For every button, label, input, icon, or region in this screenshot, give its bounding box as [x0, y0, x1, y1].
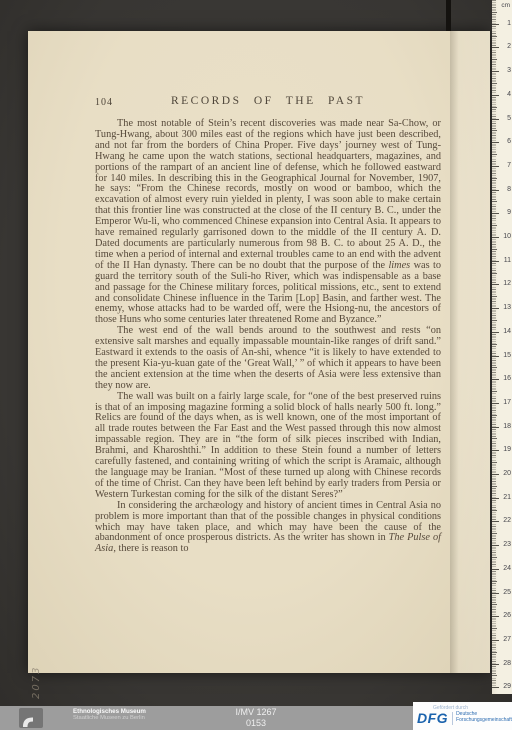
dfg-wordmark-row: DFG Deutsche Forschungsgemeinschaft	[417, 710, 512, 726]
ruler-cm-tick	[492, 664, 499, 665]
ruler-cm-tick	[492, 308, 499, 309]
ruler-cm-tick	[492, 119, 499, 120]
ruler-half-cm-tick	[492, 130, 497, 131]
dfg-acronym: DFG	[417, 710, 448, 726]
ruler-cm-tick	[492, 379, 499, 380]
dfg-logo: Gefördert durch DFG Deutsche Forschungsg…	[413, 702, 512, 730]
dfg-name-line2: Forschungsgemeinschaft	[456, 717, 512, 723]
ruler-cm-number: 24	[503, 565, 511, 572]
ruler-cm-number: 29	[503, 683, 511, 690]
ruler: cm 1234567891011121314151617181920212223…	[492, 0, 512, 694]
ruler-half-cm-tick	[492, 581, 497, 582]
ruler-cm-tick	[492, 498, 499, 499]
ruler-half-cm-tick	[492, 273, 497, 274]
ruler-half-cm-tick	[492, 320, 497, 321]
page-header: 104 RECORDS OF THE PAST	[95, 95, 441, 111]
ruler-cm-tick	[492, 95, 499, 96]
ruler-cm-number: 10	[503, 233, 511, 240]
ruler-half-cm-tick	[492, 462, 497, 463]
ruler-half-cm-tick	[492, 415, 497, 416]
ruler-half-cm-tick	[492, 604, 497, 605]
ruler-half-cm-tick	[492, 652, 497, 653]
ruler-cm-number: 13	[503, 304, 511, 311]
ruler-cm-number: 27	[503, 636, 511, 643]
ruler-cm-tick	[492, 403, 499, 404]
ruler-cm-tick	[492, 569, 499, 570]
ruler-cm-tick	[492, 474, 499, 475]
ruler-cm-tick	[492, 71, 499, 72]
paragraph: The west end of the wall bends around to…	[95, 326, 441, 391]
ruler-half-cm-tick	[492, 391, 497, 392]
paragraph: In considering the archæology and histor…	[95, 501, 441, 556]
ruler-cm-number: 8	[507, 186, 511, 193]
ruler-cm-tick	[492, 332, 499, 333]
ruler-cm-number: 15	[503, 352, 511, 359]
ruler-half-cm-tick	[492, 178, 497, 179]
ruler-half-cm-tick	[492, 367, 497, 368]
ruler-half-cm-tick	[492, 296, 497, 297]
ruler-cm-tick	[492, 190, 499, 191]
book-page: 104 RECORDS OF THE PAST The most notable…	[28, 31, 490, 673]
ruler-cm-tick	[492, 616, 499, 617]
page-text: The most notable of Stein’s recent disco…	[95, 119, 441, 555]
ruler-cm-number: 5	[507, 115, 511, 122]
ruler-cm-number: 3	[507, 67, 511, 74]
ruler-half-cm-tick	[492, 486, 497, 487]
ruler-half-cm-tick	[492, 154, 497, 155]
ruler-cm-number: 7	[507, 162, 511, 169]
ruler-cm-number: 14	[503, 328, 511, 335]
ruler-half-cm-tick	[492, 510, 497, 511]
ruler-cm-tick	[492, 261, 499, 262]
ruler-cm-number: 11	[504, 257, 511, 264]
ruler-cm-number: 28	[503, 660, 511, 667]
handwritten-mark: 2073	[31, 666, 42, 699]
ruler-half-cm-tick	[492, 36, 497, 37]
ruler-cm-number: 17	[503, 399, 511, 406]
ruler-half-cm-tick	[492, 249, 497, 250]
ruler-half-cm-tick	[492, 59, 497, 60]
ruler-cm-number: 18	[503, 423, 511, 430]
ruler-half-cm-tick	[492, 107, 497, 108]
ruler-cm-tick	[492, 166, 499, 167]
ruler-cm-tick	[492, 521, 499, 522]
ruler-cm-number: 21	[503, 494, 511, 501]
ruler-half-cm-tick	[492, 438, 497, 439]
ruler-half-cm-tick	[492, 83, 497, 84]
ruler-cm-number: 26	[503, 612, 511, 619]
ruler-cm-tick	[492, 24, 499, 25]
dfg-divider	[452, 712, 453, 725]
ruler-cm-number: 16	[503, 375, 511, 382]
ruler-cm-number: 20	[503, 470, 511, 477]
spine-shadow	[446, 0, 451, 31]
ruler-cm-tick	[492, 593, 499, 594]
ruler-cm-number: 4	[507, 91, 511, 98]
paragraph: The most notable of Stein’s recent disco…	[95, 119, 441, 326]
ruler-cm-tick	[492, 427, 499, 428]
ruler-cm-tick	[492, 450, 499, 451]
ruler-half-cm-tick	[492, 201, 497, 202]
ruler-cm-tick	[492, 47, 499, 48]
ruler-cm-tick	[492, 142, 499, 143]
ruler-cm-number: 1	[507, 20, 511, 27]
ruler-cm-number: 23	[503, 541, 511, 548]
ruler-cm-tick	[492, 213, 499, 214]
ruler-cm-tick	[492, 545, 499, 546]
page-edge-strip	[450, 31, 490, 673]
ruler-half-cm-tick	[492, 533, 497, 534]
ruler-half-cm-tick	[492, 557, 497, 558]
ruler-cm-number: 9	[507, 209, 511, 216]
ruler-half-cm-tick	[492, 675, 497, 676]
ruler-cm-tick	[492, 356, 499, 357]
dfg-full-name: Deutsche Forschungsgemeinschaft	[456, 712, 512, 724]
ruler-cm-tick	[492, 640, 499, 641]
ruler-half-cm-tick	[492, 225, 497, 226]
ruler-cm-number: 19	[503, 446, 511, 453]
paragraph: The wall was built on a fairly large sca…	[95, 392, 441, 501]
ruler-cm-number: 6	[507, 138, 511, 145]
ruler-cm-number: 25	[503, 589, 511, 596]
ruler-cm-tick	[492, 284, 499, 285]
running-title: RECORDS OF THE PAST	[95, 95, 441, 107]
ruler-cm-tick	[492, 237, 499, 238]
ruler-half-cm-tick	[492, 628, 497, 629]
scan-viewport: 104 RECORDS OF THE PAST The most notable…	[0, 0, 512, 730]
ruler-unit-label: cm	[501, 2, 510, 9]
ruler-cm-number: 2	[507, 43, 511, 50]
ruler-cm-number: 22	[503, 517, 511, 524]
ruler-half-cm-tick	[492, 12, 497, 13]
ruler-cm-number: 12	[503, 280, 511, 287]
ruler-half-cm-tick	[492, 344, 497, 345]
ruler-cm-tick	[492, 687, 499, 688]
